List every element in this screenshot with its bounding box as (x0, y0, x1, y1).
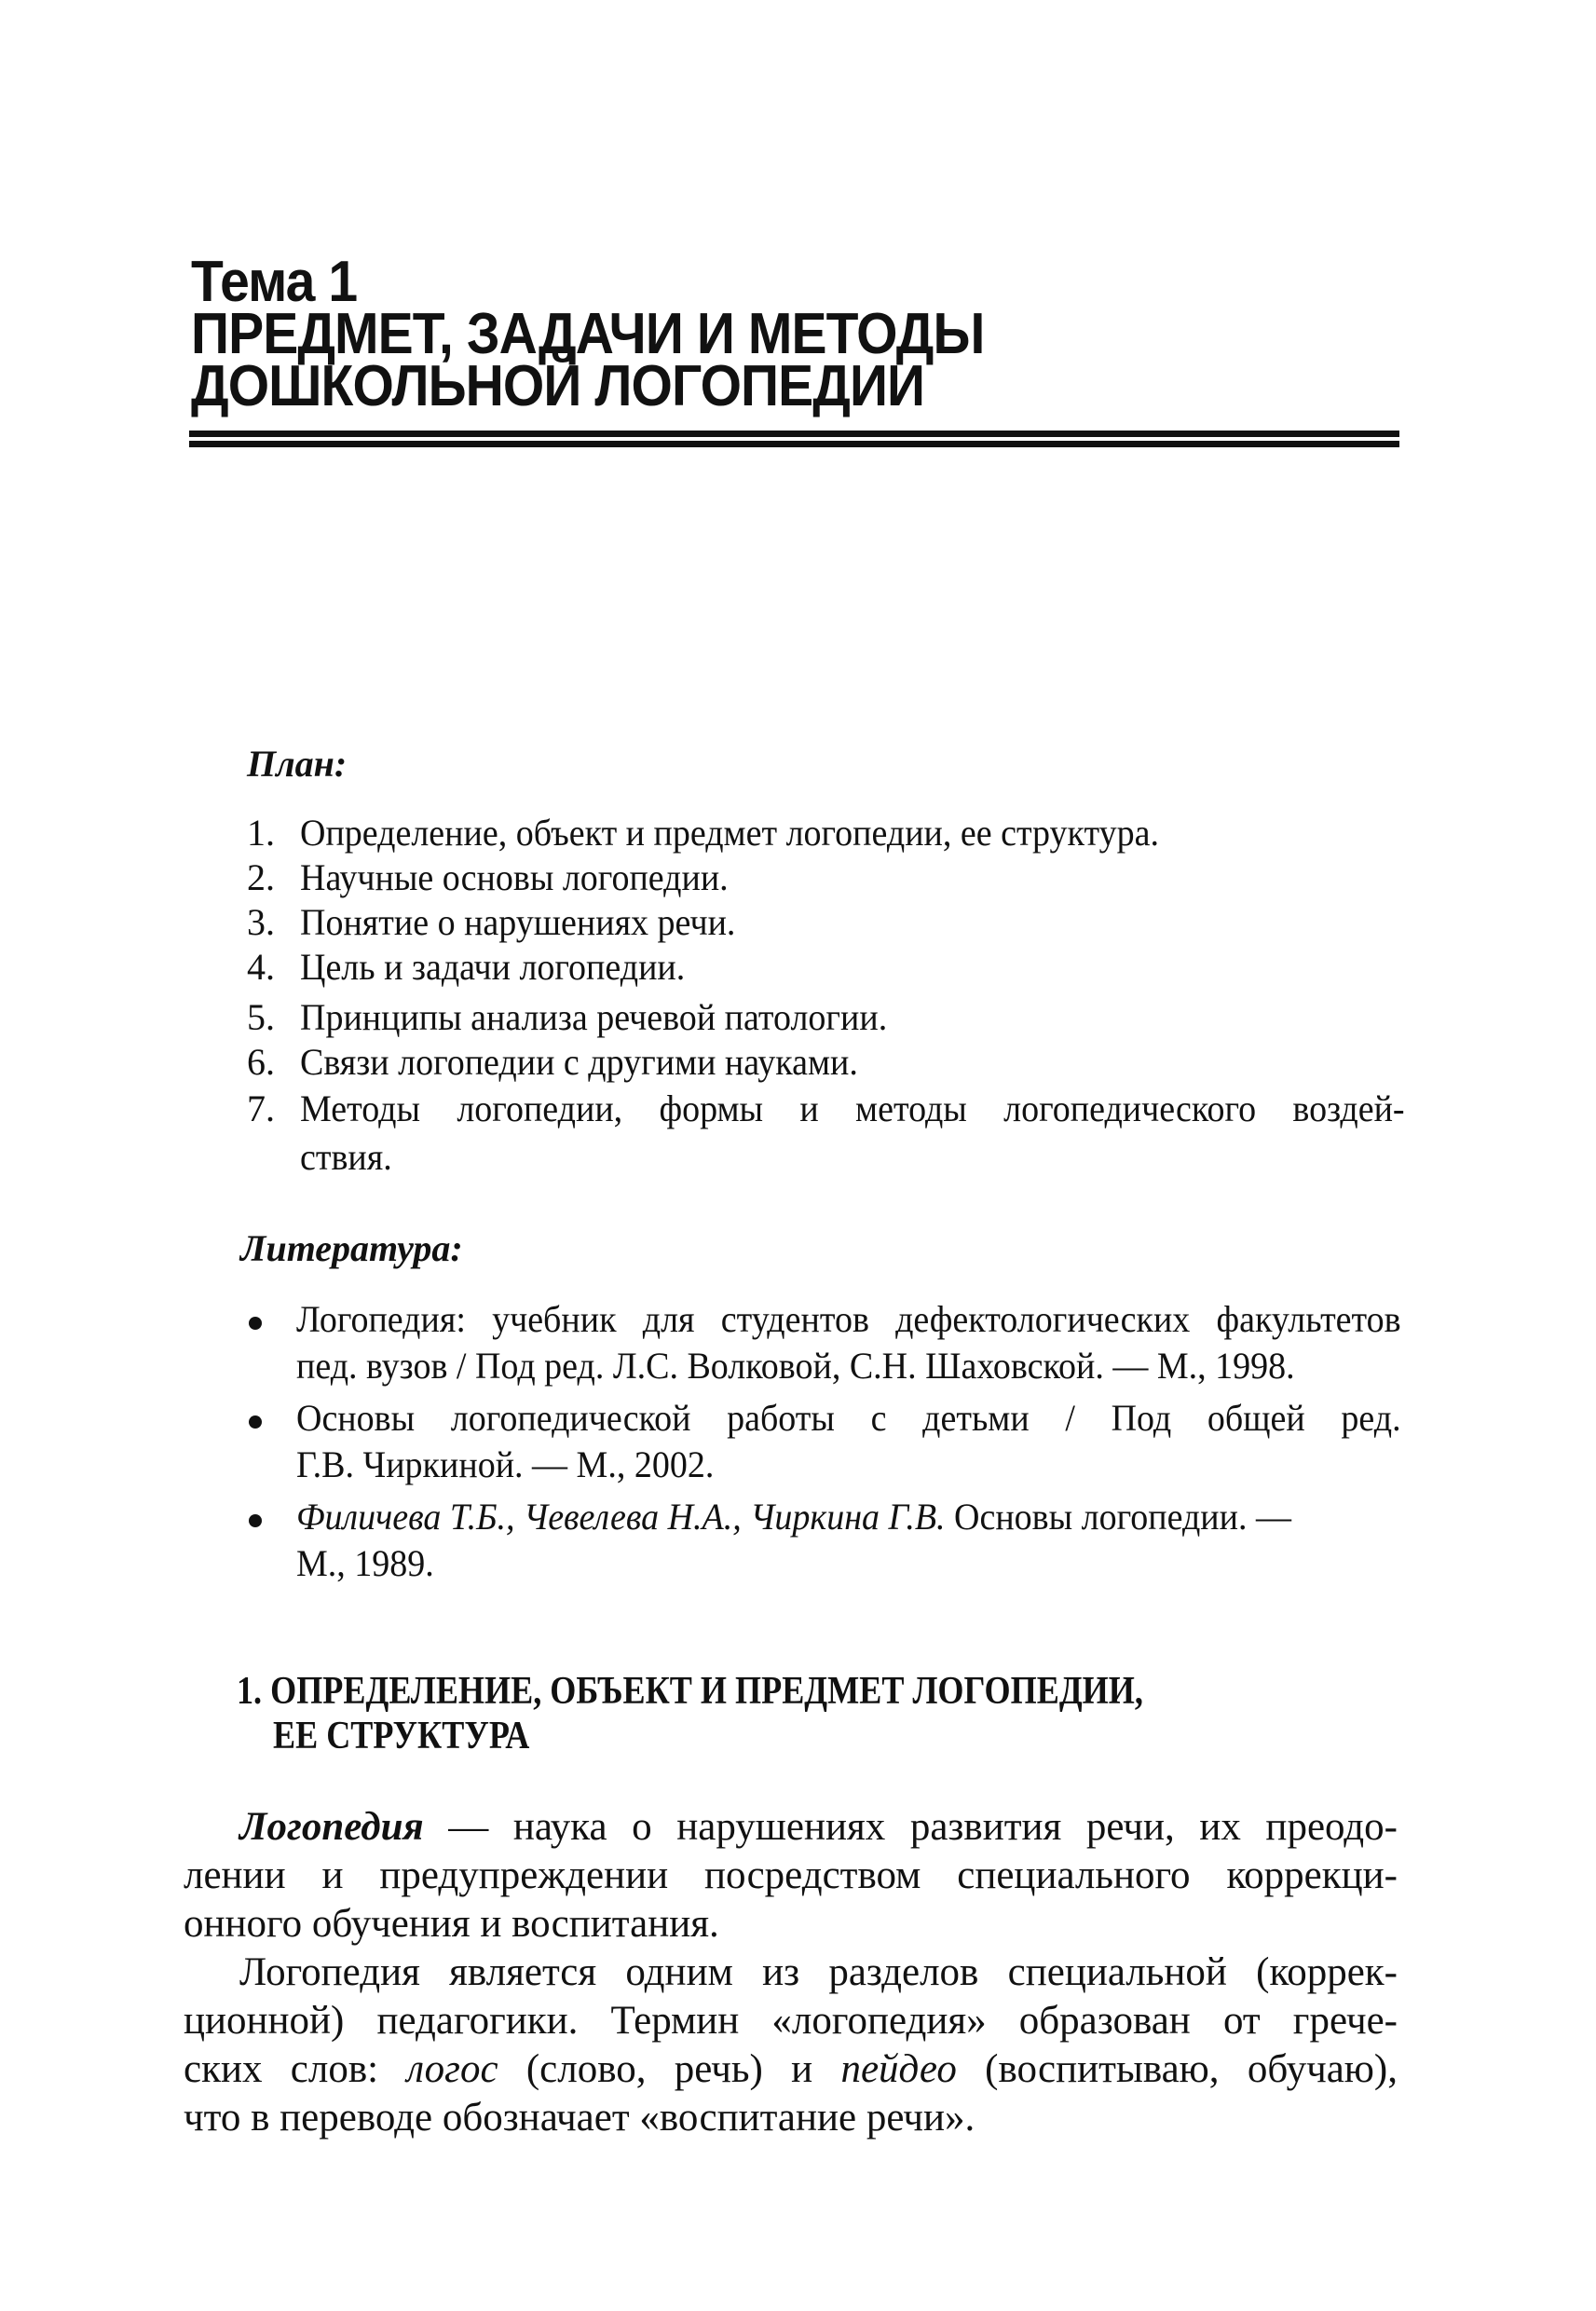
plan-item-number: 1. (247, 811, 275, 855)
plan-item-text-continued: ствия. (300, 1135, 392, 1180)
plan-item-number: 4. (247, 945, 275, 990)
plan-heading: План: (247, 742, 347, 786)
paragraph-text: (воспитываю, обучаю), (957, 2047, 1398, 2091)
plan-item-text: Научные основы логопедии. (300, 855, 729, 900)
plan-item-text: Связи логопедии с другими науками. (300, 1040, 858, 1085)
literature-item-line: Основы логопедической работы с детьми / … (296, 1396, 1401, 1441)
paragraph-line: что в переводе обозначает «воспитание ре… (184, 2094, 975, 2142)
plan-item-text: Методы логопедии, формы и методы логопед… (300, 1087, 1405, 1131)
plan-item-text: Понятие о нарушениях речи. (300, 900, 735, 945)
plan-item-number: 5. (247, 995, 275, 1040)
plan-item-text: Цель и задачи логопедии. (300, 945, 685, 990)
plan-item-text: Принципы анализа речевой патологии. (300, 995, 887, 1040)
plan-item-text: Определение, объект и предмет логопедии,… (300, 811, 1159, 855)
paragraph-line: ских слов: логос (слово, речь) и пейдео … (184, 2045, 1398, 2094)
literature-item-line: М., 1989. (296, 1541, 434, 1586)
title-rule-top (189, 431, 1399, 437)
greek-word-logos: логос (406, 2047, 498, 2091)
plan-item-number: 3. (247, 900, 275, 945)
plan-item-number: 6. (247, 1040, 275, 1085)
paragraph-line: Логопедия является одним из разделов спе… (239, 1949, 1398, 1997)
title-rule-bottom (189, 441, 1399, 447)
paragraph-text: — наука о нарушениях развития речи, их п… (424, 1805, 1398, 1849)
literature-authors: Филичева Т.Б., Чевелева Н.А., Чиркина Г.… (296, 1496, 946, 1538)
plan-item-number: 7. (247, 1087, 275, 1131)
section-heading-line-2: ЕЕ СТРУКТУРА (273, 1713, 529, 1759)
literature-item-line: Логопедия: учебник для студентов дефекто… (296, 1297, 1401, 1342)
greek-word-peideo: пейдео (840, 2047, 956, 2091)
plan-item-number: 2. (247, 855, 275, 900)
paragraph-line: ционной) педагогики. Термин «логопедия» … (184, 1997, 1398, 2045)
literature-title: Основы логопедии. — (946, 1496, 1291, 1538)
bullet-icon (249, 1317, 262, 1330)
paragraph-text: (слово, речь) и (498, 2047, 841, 2091)
paragraph-text: ских слов: (184, 2047, 406, 2091)
literature-heading: Литература: (240, 1226, 463, 1271)
literature-item-line: пед. вузов / Под ред. Л.С. Волковой, С.Н… (296, 1344, 1295, 1388)
chapter-title-line-2: ДОШКОЛЬНОЙ ЛОГОПЕДИИ (191, 358, 924, 416)
literature-item-line: Г.В. Чиркиной. — М., 2002. (296, 1443, 714, 1487)
bullet-icon (249, 1514, 262, 1527)
literature-item-line: Филичева Т.Б., Чевелева Н.А., Чиркина Г.… (296, 1495, 1291, 1539)
paragraph-line: лении и предупреждении посредством специ… (184, 1852, 1398, 1900)
defined-term: Логопедия (239, 1805, 424, 1849)
paragraph-line: Логопедия — наука о нарушениях развития … (239, 1803, 1398, 1852)
section-heading-line-1: 1. ОПРЕДЕЛЕНИЕ, ОБЪЕКТ И ПРЕДМЕТ ЛОГОПЕД… (237, 1668, 1143, 1715)
bullet-icon (249, 1415, 262, 1429)
paragraph-line: онного обучения и воспитания. (184, 1900, 719, 1949)
